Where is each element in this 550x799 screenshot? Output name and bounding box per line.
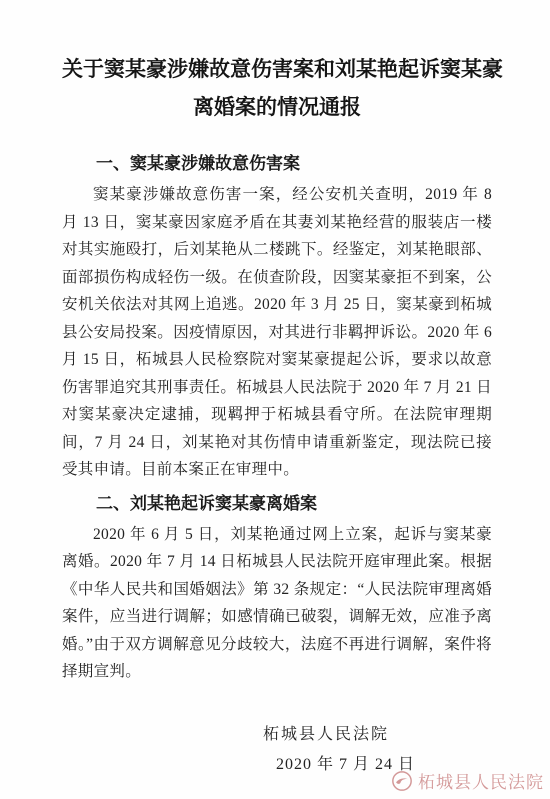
section-assault-case: 一、窦某豪涉嫌故意伤害案 窦某豪涉嫌故意伤害一案，经公安机关查明，2019 年 …: [62, 150, 492, 484]
court-emblem-icon: [391, 770, 413, 792]
signature-date: 2020 年 7 月 24 日: [62, 750, 415, 780]
document-title-line-2: 离婚案的情况通报: [62, 88, 492, 126]
watermark-text: 柘城县人民法院: [418, 768, 544, 793]
document-title: 关于窦某豪涉嫌故意伤害案和刘某艳起诉窦某豪 离婚案的情况通报: [62, 50, 492, 126]
document-body: 关于窦某豪涉嫌故意伤害案和刘某艳起诉窦某豪 离婚案的情况通报 一、窦某豪涉嫌故意…: [0, 0, 550, 780]
section-1-heading: 一、窦某豪涉嫌故意伤害案: [62, 150, 492, 177]
section-divorce-case: 二、刘某艳起诉窦某豪离婚案 2020 年 6 月 5 日，刘某艳通过网上立案，起…: [62, 490, 492, 686]
official-notice-document: 关于窦某豪涉嫌故意伤害案和刘某艳起诉窦某豪 离婚案的情况通报 一、窦某豪涉嫌故意…: [0, 0, 550, 799]
document-title-line-1: 关于窦某豪涉嫌故意伤害案和刘某艳起诉窦某豪: [62, 50, 492, 88]
section-2-paragraph: 2020 年 6 月 5 日，刘某艳通过网上立案，起诉与窦某豪离婚。2020 年…: [62, 521, 492, 686]
signature-issuer: 柘城县人民法院: [62, 720, 415, 750]
section-1-paragraph: 窦某豪涉嫌故意伤害一案，经公安机关查明，2019 年 8 月 13 日，窦某豪因…: [62, 181, 492, 484]
watermark: 柘城县人民法院: [391, 768, 544, 793]
section-2-heading: 二、刘某艳起诉窦某豪离婚案: [62, 490, 492, 517]
